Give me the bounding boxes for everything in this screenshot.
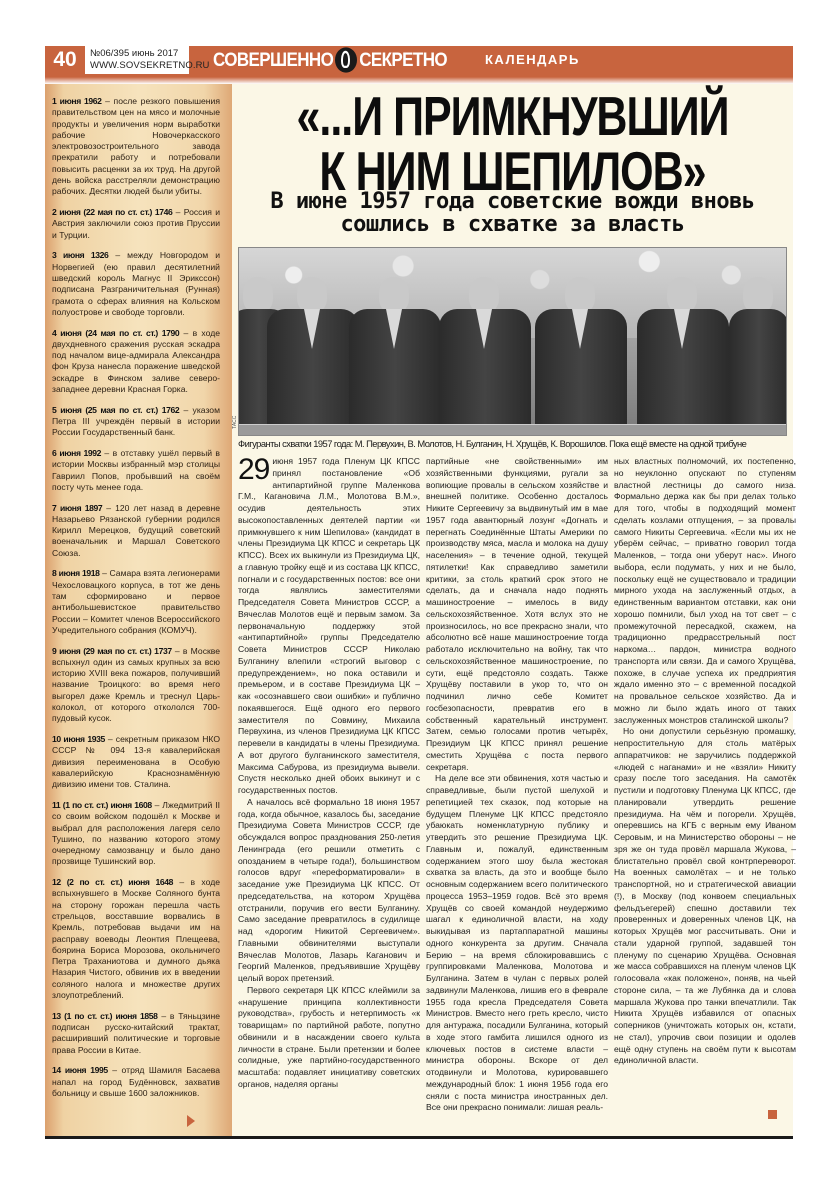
section-label: КАЛЕНДАРЬ <box>485 46 580 74</box>
calendar-item: 3 июня 1326 – между Новгородом и Норвеги… <box>52 250 220 318</box>
calendar-date: 5 июня (25 мая по ст. ст.) 1762 <box>52 405 179 415</box>
calendar-date: 14 июня 1995 <box>52 1065 108 1075</box>
photo-figure <box>439 277 531 427</box>
magazine-logo: СОВЕРШЕННОСЕКРЕТНО <box>213 46 447 74</box>
page-number: 40 <box>45 46 85 74</box>
article-column-2: партийные «не свойственными» им хозяйств… <box>426 456 608 1114</box>
photo-credit: ТАСС <box>232 416 238 429</box>
article-paragraph: На деле все эти обвинения, хотя частью и… <box>426 773 608 1114</box>
calendar-item: 10 июня 1935 – секретным приказом НКО СС… <box>52 734 220 790</box>
article: «...И ПРИМКНУВШИЙ К НИМ ШЕПИЛОВ» В июне … <box>232 84 793 1136</box>
torn-edge-divider <box>45 74 793 84</box>
article-paragraph: Но они допустили серьёзную промашку, неп… <box>614 726 796 1067</box>
subhead-line-2: сошлись в схватке за власть <box>232 213 793 236</box>
page-header: 40 №06/395 июнь 2017 WWW.SOVSEKRETNO.RU … <box>45 46 793 74</box>
calendar-item: 6 июня 1992 – в отставку ушёл первый в и… <box>52 448 220 493</box>
calendar-date: 1 июня 1962 <box>52 96 102 106</box>
end-of-article-icon <box>768 1110 777 1119</box>
photo-caption: Фигуранты схватки 1957 года: М. Первухин… <box>238 438 798 450</box>
calendar-text: – в Москве вспыхнул один из самых крупны… <box>52 646 220 724</box>
article-paragraph: А началось всё формально 18 июня 1957 го… <box>238 797 420 985</box>
bottom-rule <box>45 1136 793 1139</box>
calendar-text: – в ходе вспыхнувшего в Москве Соляного … <box>52 877 220 1000</box>
article-paragraph: 29июня 1957 года Пленум ЦК КПСС принял п… <box>238 456 420 797</box>
article-paragraph: партийные «не свойственными» им хозяйств… <box>426 456 608 773</box>
calendar-item: 13 (1 по ст. ст.) июня 1858 – в Тяньцзин… <box>52 1011 220 1056</box>
photo-figure <box>349 277 441 427</box>
calendar-date: 10 июня 1935 <box>52 734 105 744</box>
calendar-list: 1 июня 1962 – после резкого повышения пр… <box>52 96 220 1109</box>
calendar-date: 8 июня 1918 <box>52 568 100 578</box>
magazine-page: 40 №06/395 июнь 2017 WWW.SOVSEKRETNO.RU … <box>0 0 826 1200</box>
calendar-item: 9 июня (29 мая по ст. ст.) 1737 – в Моск… <box>52 646 220 725</box>
photo-figure <box>637 277 729 427</box>
calendar-date: 7 июня 1897 <box>52 503 102 513</box>
calendar-date: 2 июня (22 мая по ст. ст.) 1746 <box>52 207 172 217</box>
issue-number: №06/395 июнь 2017 <box>90 48 178 59</box>
photo-tribune <box>239 424 786 435</box>
article-headline: «...И ПРИМКНУВШИЙ К НИМ ШЕПИЛОВ» <box>232 90 793 200</box>
calendar-date: 6 июня 1992 <box>52 448 101 458</box>
calendar-item: 1 июня 1962 – после резкого повышения пр… <box>52 96 220 198</box>
calendar-item: 11 (1 по ст. ст.) июня 1608 – Лжедмитрий… <box>52 800 220 868</box>
issue-info: №06/395 июнь 2017 WWW.SOVSEKRETNO.RU <box>85 46 189 74</box>
website-link[interactable]: WWW.SOVSEKRETNO.RU <box>90 60 210 71</box>
article-photo <box>238 247 787 436</box>
calendar-item: 14 июня 1995 – отряд Шамиля Басаева напа… <box>52 1065 220 1099</box>
subhead-line-1: В июне 1957 года советские вожди вновь <box>232 190 793 213</box>
photo-figure <box>267 277 359 427</box>
article-paragraph: ных властных полномочий, их постепенно, … <box>614 456 796 726</box>
calendar-item: 2 июня (22 мая по ст. ст.) 1746 – Россия… <box>52 207 220 241</box>
calendar-date: 12 (2 по ст. ст.) июня 1648 <box>52 877 173 887</box>
calendar-date: 13 (1 по ст. ст.) июня 1858 <box>52 1011 158 1021</box>
calendar-date: 3 июня 1326 <box>52 250 108 260</box>
photo-figure <box>535 277 627 427</box>
calendar-item: 8 июня 1918 – Самара взята легионерами Ч… <box>52 568 220 636</box>
calendar-item: 4 июня (24 мая по ст. ст.) 1790 – в ходе… <box>52 328 220 396</box>
calendar-date: 4 июня (24 мая по ст. ст.) 1790 <box>52 328 179 338</box>
calendar-item: 7 июня 1897 – 120 лет назад в деревне На… <box>52 503 220 559</box>
calendar-date: 11 (1 по ст. ст.) июня 1608 <box>52 800 152 810</box>
calendar-text: – после резкого повышения правительством… <box>52 96 220 196</box>
article-paragraph: Первого секретаря ЦК КПСС клеймили за «н… <box>238 985 420 1091</box>
article-subhead: В июне 1957 года советские вожди вновь с… <box>232 190 793 236</box>
photo-figure <box>729 277 787 427</box>
brand-emblem-icon <box>335 47 357 72</box>
article-column-3: ных властных полномочий, их постепенно, … <box>614 456 796 1067</box>
calendar-date: 9 июня (29 мая по ст. ст.) 1737 <box>52 646 172 656</box>
brand-right: СЕКРЕТНО <box>359 49 447 71</box>
calendar-item: 12 (2 по ст. ст.) июня 1648 – в ходе всп… <box>52 877 220 1001</box>
arrow-right-icon <box>187 1115 195 1127</box>
drop-cap: 29 <box>238 457 269 482</box>
article-column-1: 29июня 1957 года Пленум ЦК КПСС принял п… <box>238 456 420 1091</box>
calendar-item: 5 июня (25 мая по ст. ст.) 1762 – указом… <box>52 405 220 439</box>
brand-left: СОВЕРШЕННО <box>213 49 333 71</box>
calendar-sidebar: 1 июня 1962 – после резкого повышения пр… <box>45 84 232 1136</box>
headline-line-1: «...И ПРИМКНУВШИЙ <box>232 90 793 145</box>
